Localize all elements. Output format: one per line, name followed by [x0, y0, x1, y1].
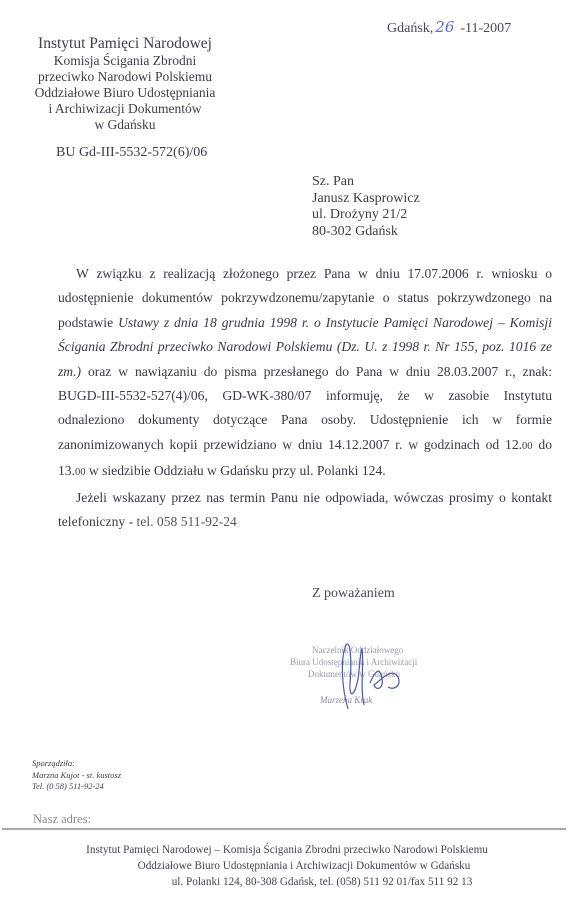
body-paragraph-1: W związku z realizacją złożonego przez P… [58, 262, 552, 486]
date-place: Gdańsk, [387, 21, 433, 36]
footer-line: Instytut Pamięci Narodowej – Komisja Ści… [0, 842, 572, 858]
recipient-line: 80-302 Gdańsk [312, 224, 420, 241]
time-minutes: 00 [75, 467, 86, 478]
sender-line: Oddziałowe Biuro Udostępniania [30, 85, 220, 101]
reference-number: BU Gd-III-5532-572(6)/06 [56, 145, 207, 161]
prepared-by-phone: Tel. (0 58) 511-92-24 [32, 781, 121, 793]
prepared-by-name: Marzna Kujot - st. kustosz [32, 770, 121, 782]
sender-line: w Gdańsku [30, 117, 220, 133]
signature-stamp: Naczelnik Oddziałowego Biura Udostępnian… [290, 643, 460, 723]
letter-date: Gdańsk,26-11-2007 [387, 18, 511, 37]
sender-header: Instytut Pamięci Narodowej Komisja Ściga… [30, 34, 220, 133]
closing: Z poważaniem [312, 586, 395, 602]
sender-line: przeciwko Narodowi Polskiemu [30, 69, 220, 85]
time-minutes: 00 [522, 441, 533, 452]
footer-address: Instytut Pamięci Narodowej – Komisja Ści… [0, 842, 572, 890]
date-month-year: -11-2007 [460, 21, 511, 36]
date-day-handwritten: 26 [435, 18, 454, 36]
sender-line: Instytut Pamięci Narodowej [30, 34, 220, 53]
body-paragraph-2: Jeżeli wskazany przez nas termin Panu ni… [58, 486, 552, 535]
footer-line: ul. Polanki 124, 80-308 Gdańsk, tel. (05… [0, 874, 572, 890]
sender-line: i Archiwizacji Dokumentów [30, 101, 220, 117]
body-text: Jeżeli wskazany przez nas termin Panu ni… [58, 490, 552, 529]
prepared-by-label: Sporządziła: [32, 758, 121, 770]
sender-line: Komisja Ścigania Zbrodni [30, 53, 220, 69]
footer-line: Oddziałowe Biuro Udostępniania i Archiwi… [0, 858, 572, 874]
footer-divider [2, 828, 566, 830]
body-text: oraz w nawiązaniu do pisma przesłanego d… [58, 364, 552, 452]
recipient-address: Sz. Pan Janusz Kasprowicz ul. Drożyny 21… [312, 174, 420, 240]
recipient-line: ul. Drożyny 21/2 [312, 207, 420, 224]
prepared-by: Sporządziła: Marzna Kujot - st. kustosz … [32, 758, 121, 793]
recipient-line: Janusz Kasprowicz [312, 191, 420, 208]
letter-body: W związku z realizacją złożonego przez P… [58, 262, 552, 534]
contact-phone: tel. 058 511-92-24 [137, 514, 237, 529]
address-label: Nasz adres: [33, 812, 91, 827]
recipient-line: Sz. Pan [312, 174, 420, 191]
handwritten-signature-icon [330, 639, 430, 719]
body-text: w siedzibie Oddziału w Gdańsku przy ul. … [86, 463, 386, 478]
